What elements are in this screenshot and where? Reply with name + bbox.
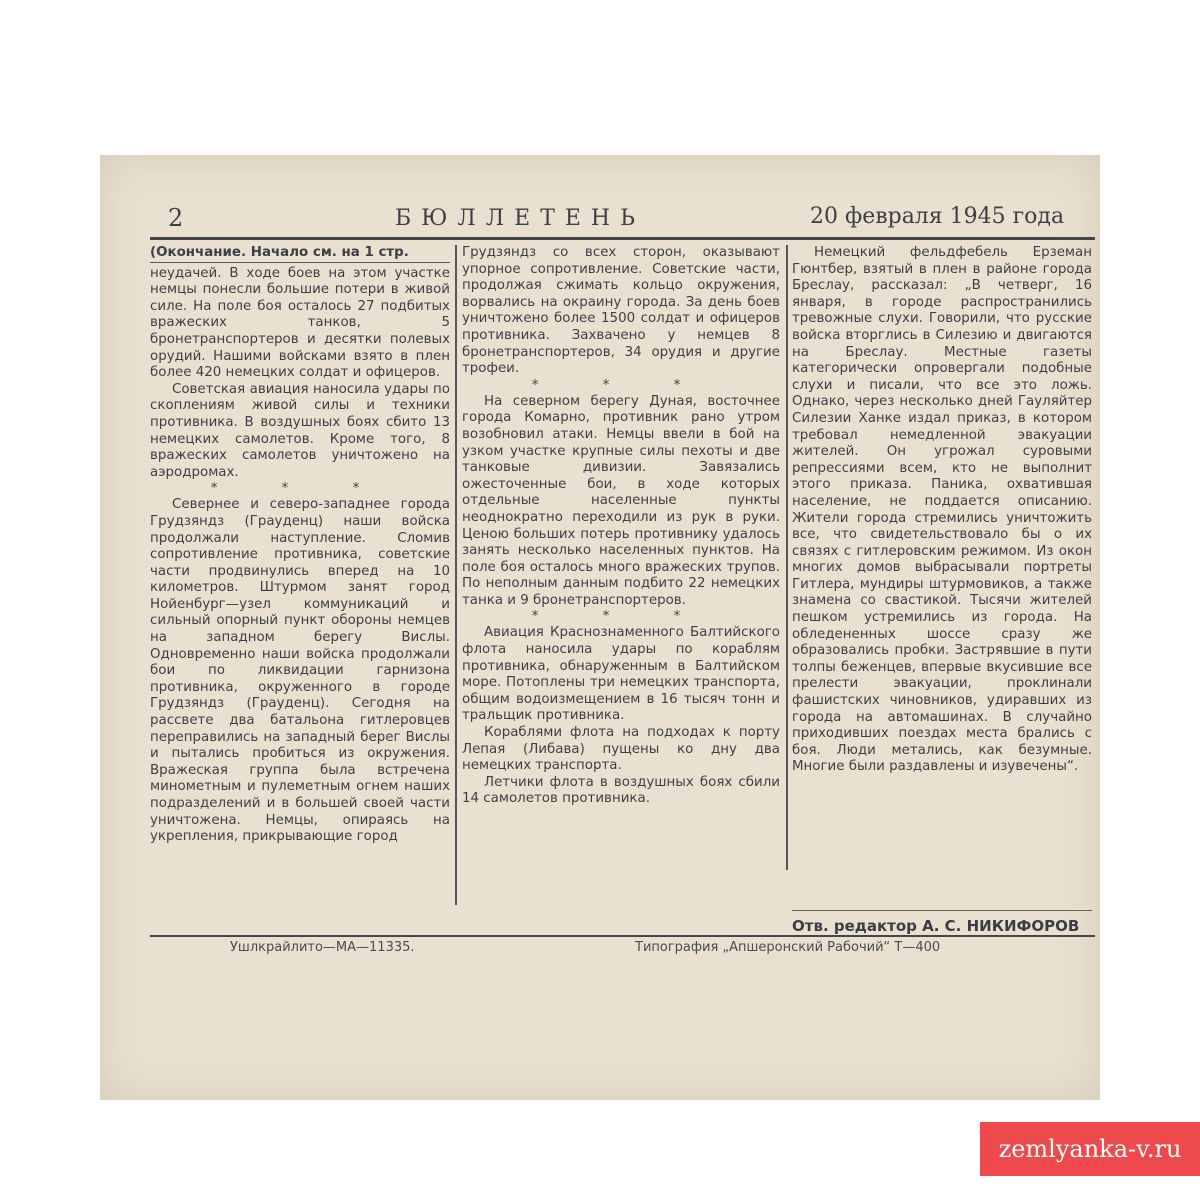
article-paragraph: Севернее и северо-западнее города Грудзя…	[150, 497, 450, 845]
column-divider	[786, 245, 788, 870]
column-3: Немецкий фельдфебель Ерземан Гюнтбер, вз…	[792, 245, 1092, 776]
article-paragraph: Летчики флота в воздушных боях сбили 14 …	[462, 775, 780, 808]
censor-code: Ушлкрайлито—МА—11335.	[230, 940, 415, 955]
article-paragraph: Немецкий фельдфебель Ерземан Гюнтбер, вз…	[792, 245, 1092, 776]
continuation-note: (Окончание. Начало см. на 1 стр.	[150, 245, 450, 263]
article-paragraph: Грудзяндз со всех сторон, оказывают упор…	[462, 245, 780, 378]
article-paragraph: неудачей. В ходе боев на этом участке не…	[150, 266, 450, 382]
page-number: 2	[168, 204, 183, 232]
article-paragraph: Авиация Краснознаменного Балтийского фло…	[462, 625, 780, 725]
section-separator-icon: * * *	[150, 483, 450, 495]
masthead: 2 БЮЛЛЕТЕНЬ 20 февраля 1945 года	[150, 200, 1095, 236]
article-paragraph: Советская авиация наносила удары по скоп…	[150, 382, 450, 482]
section-separator-icon: * * *	[462, 380, 780, 392]
printer-credit: Типография „Апшеронский Рабочий“ Т—400	[635, 940, 940, 955]
issue-date: 20 февраля 1945 года	[810, 204, 1064, 229]
article-paragraph: На северном берегу Дуная, восточнее горо…	[462, 394, 780, 610]
footer-rule	[150, 935, 1095, 937]
column-1: (Окончание. Начало см. на 1 стр. неудаче…	[150, 245, 450, 846]
column-2: Грудзяндз со всех сторон, оказывают упор…	[462, 245, 780, 808]
column-divider	[455, 245, 457, 905]
bulletin-sheet: 2 БЮЛЛЕТЕНЬ 20 февраля 1945 года (Оконча…	[150, 200, 1095, 980]
article-paragraph: Кораблями флота на подходах к порту Лепа…	[462, 725, 780, 775]
masthead-rule	[150, 237, 1095, 240]
editor-credit: Отв. редактор А. С. НИКИФОРОВ	[792, 910, 1092, 935]
newspaper-title: БЮЛЛЕТЕНЬ	[395, 206, 645, 231]
site-watermark: zemlyanka-v.ru	[980, 1122, 1200, 1176]
section-separator-icon: * * *	[462, 611, 780, 623]
